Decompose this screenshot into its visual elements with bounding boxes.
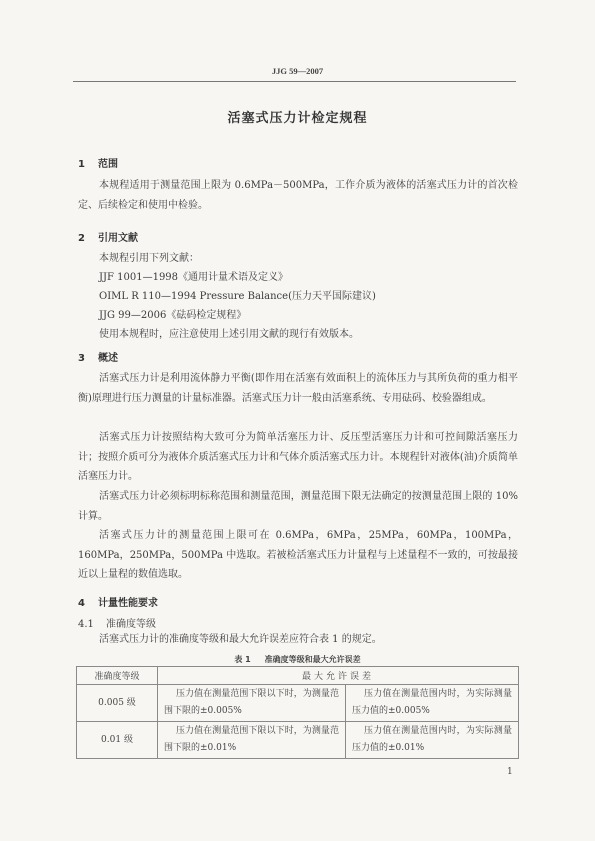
reference-item: JJF 1001—1998《通用计量术语及定义》 bbox=[99, 268, 288, 287]
section-1-heading: 1范围 bbox=[78, 155, 118, 170]
section-number: 3 bbox=[78, 353, 98, 364]
page-number: 1 bbox=[507, 767, 513, 777]
section-title: 范围 bbox=[98, 159, 118, 170]
section-2-heading: 2引用文献 bbox=[78, 229, 138, 244]
subsection-title: 准确度等级 bbox=[106, 619, 156, 630]
subsection-4-1-heading: 4.1准确度等级 bbox=[78, 615, 156, 630]
table-row: 0.01 级 压力值在测量范围下限以下时，为测量范围下限的±0.01% 压力值在… bbox=[77, 722, 519, 759]
cell-grade: 0.01 级 bbox=[77, 722, 158, 759]
table-caption-label: 表 1 bbox=[234, 655, 250, 664]
section-4-heading: 4计量性能要求 bbox=[78, 594, 158, 609]
section-title: 计量性能要求 bbox=[98, 598, 158, 609]
subsection-4-1-paragraph: 活塞式压力计的准确度等级和最大允许误差应符合表 1 的规定。 bbox=[99, 630, 382, 649]
cell-within-range: 压力值在测量范围内时，为实际测量压力值的±0.01% bbox=[346, 722, 519, 759]
table-header-row: 准确度等级 最大允许误差 bbox=[77, 667, 519, 685]
running-header-standard-code: JJG 59—2007 bbox=[0, 66, 595, 76]
reference-item: JJG 99—2006《砝码检定规程》 bbox=[99, 306, 246, 325]
subsection-number: 4.1 bbox=[78, 619, 106, 630]
table-row: 0.005 级 压力值在测量范围下限以下时，为测量范围下限的±0.005% 压力… bbox=[77, 685, 519, 722]
table-caption-title: 准确度等级和最大允许误差 bbox=[265, 655, 361, 664]
reference-intro: 本规程引用下列文献： bbox=[99, 249, 199, 268]
section-3-paragraph: 活塞式压力计是利用流体静力平衡(即作用在活塞有效面积上的流体压力与其所负荷的重力… bbox=[78, 369, 518, 408]
section-3-heading: 3概述 bbox=[78, 349, 118, 364]
reference-item: OIML R 110—1994 Pressure Balance(压力天平国际建… bbox=[99, 287, 376, 306]
cell-within-range: 压力值在测量范围内时，为实际测量压力值的±0.005% bbox=[346, 685, 519, 722]
reference-note: 使用本规程时，应注意使用上述引用文献的现行有效版本。 bbox=[99, 325, 359, 344]
cell-grade: 0.005 级 bbox=[77, 685, 158, 722]
section-1-paragraph: 本规程适用于测量范围上限为 0.6MPa－500MPa，工作介质为液体的活塞式压… bbox=[78, 176, 518, 215]
section-3-paragraph: 活塞式压力计必须标明标称范围和测量范围，测量范围下限无法确定的按测量范围上限的 … bbox=[78, 487, 518, 526]
header-rule bbox=[73, 81, 516, 82]
header-max-permissible-error: 最大允许误差 bbox=[158, 667, 519, 685]
cell-below-range: 压力值在测量范围下限以下时，为测量范围下限的±0.01% bbox=[158, 722, 346, 759]
cell-below-range: 压力值在测量范围下限以下时，为测量范围下限的±0.005% bbox=[158, 685, 346, 722]
section-number: 4 bbox=[78, 598, 98, 609]
accuracy-table: 准确度等级 最大允许误差 0.005 级 压力值在测量范围下限以下时，为测量范围… bbox=[76, 666, 519, 759]
section-3-paragraph: 活塞式压力计按照结构大致可分为简单活塞压力计、反压型活塞压力计和可控间隙活塞压力… bbox=[78, 428, 518, 487]
header-accuracy-grade: 准确度等级 bbox=[77, 667, 158, 685]
document-title: 活塞式压力计检定规程 bbox=[0, 107, 595, 126]
section-number: 1 bbox=[78, 159, 98, 170]
section-3-paragraph: 活塞式压力计的测量范围上限可在 0.6MPa，6MPa，25MPa，60MPa，… bbox=[78, 526, 518, 585]
section-title: 概述 bbox=[98, 353, 118, 364]
section-number: 2 bbox=[78, 233, 98, 244]
section-title: 引用文献 bbox=[98, 233, 138, 244]
table-caption: 表 1准确度等级和最大允许误差 bbox=[0, 654, 595, 665]
document-page: JJG 59—2007 活塞式压力计检定规程 1范围 本规程适用于测量范围上限为… bbox=[0, 0, 595, 841]
